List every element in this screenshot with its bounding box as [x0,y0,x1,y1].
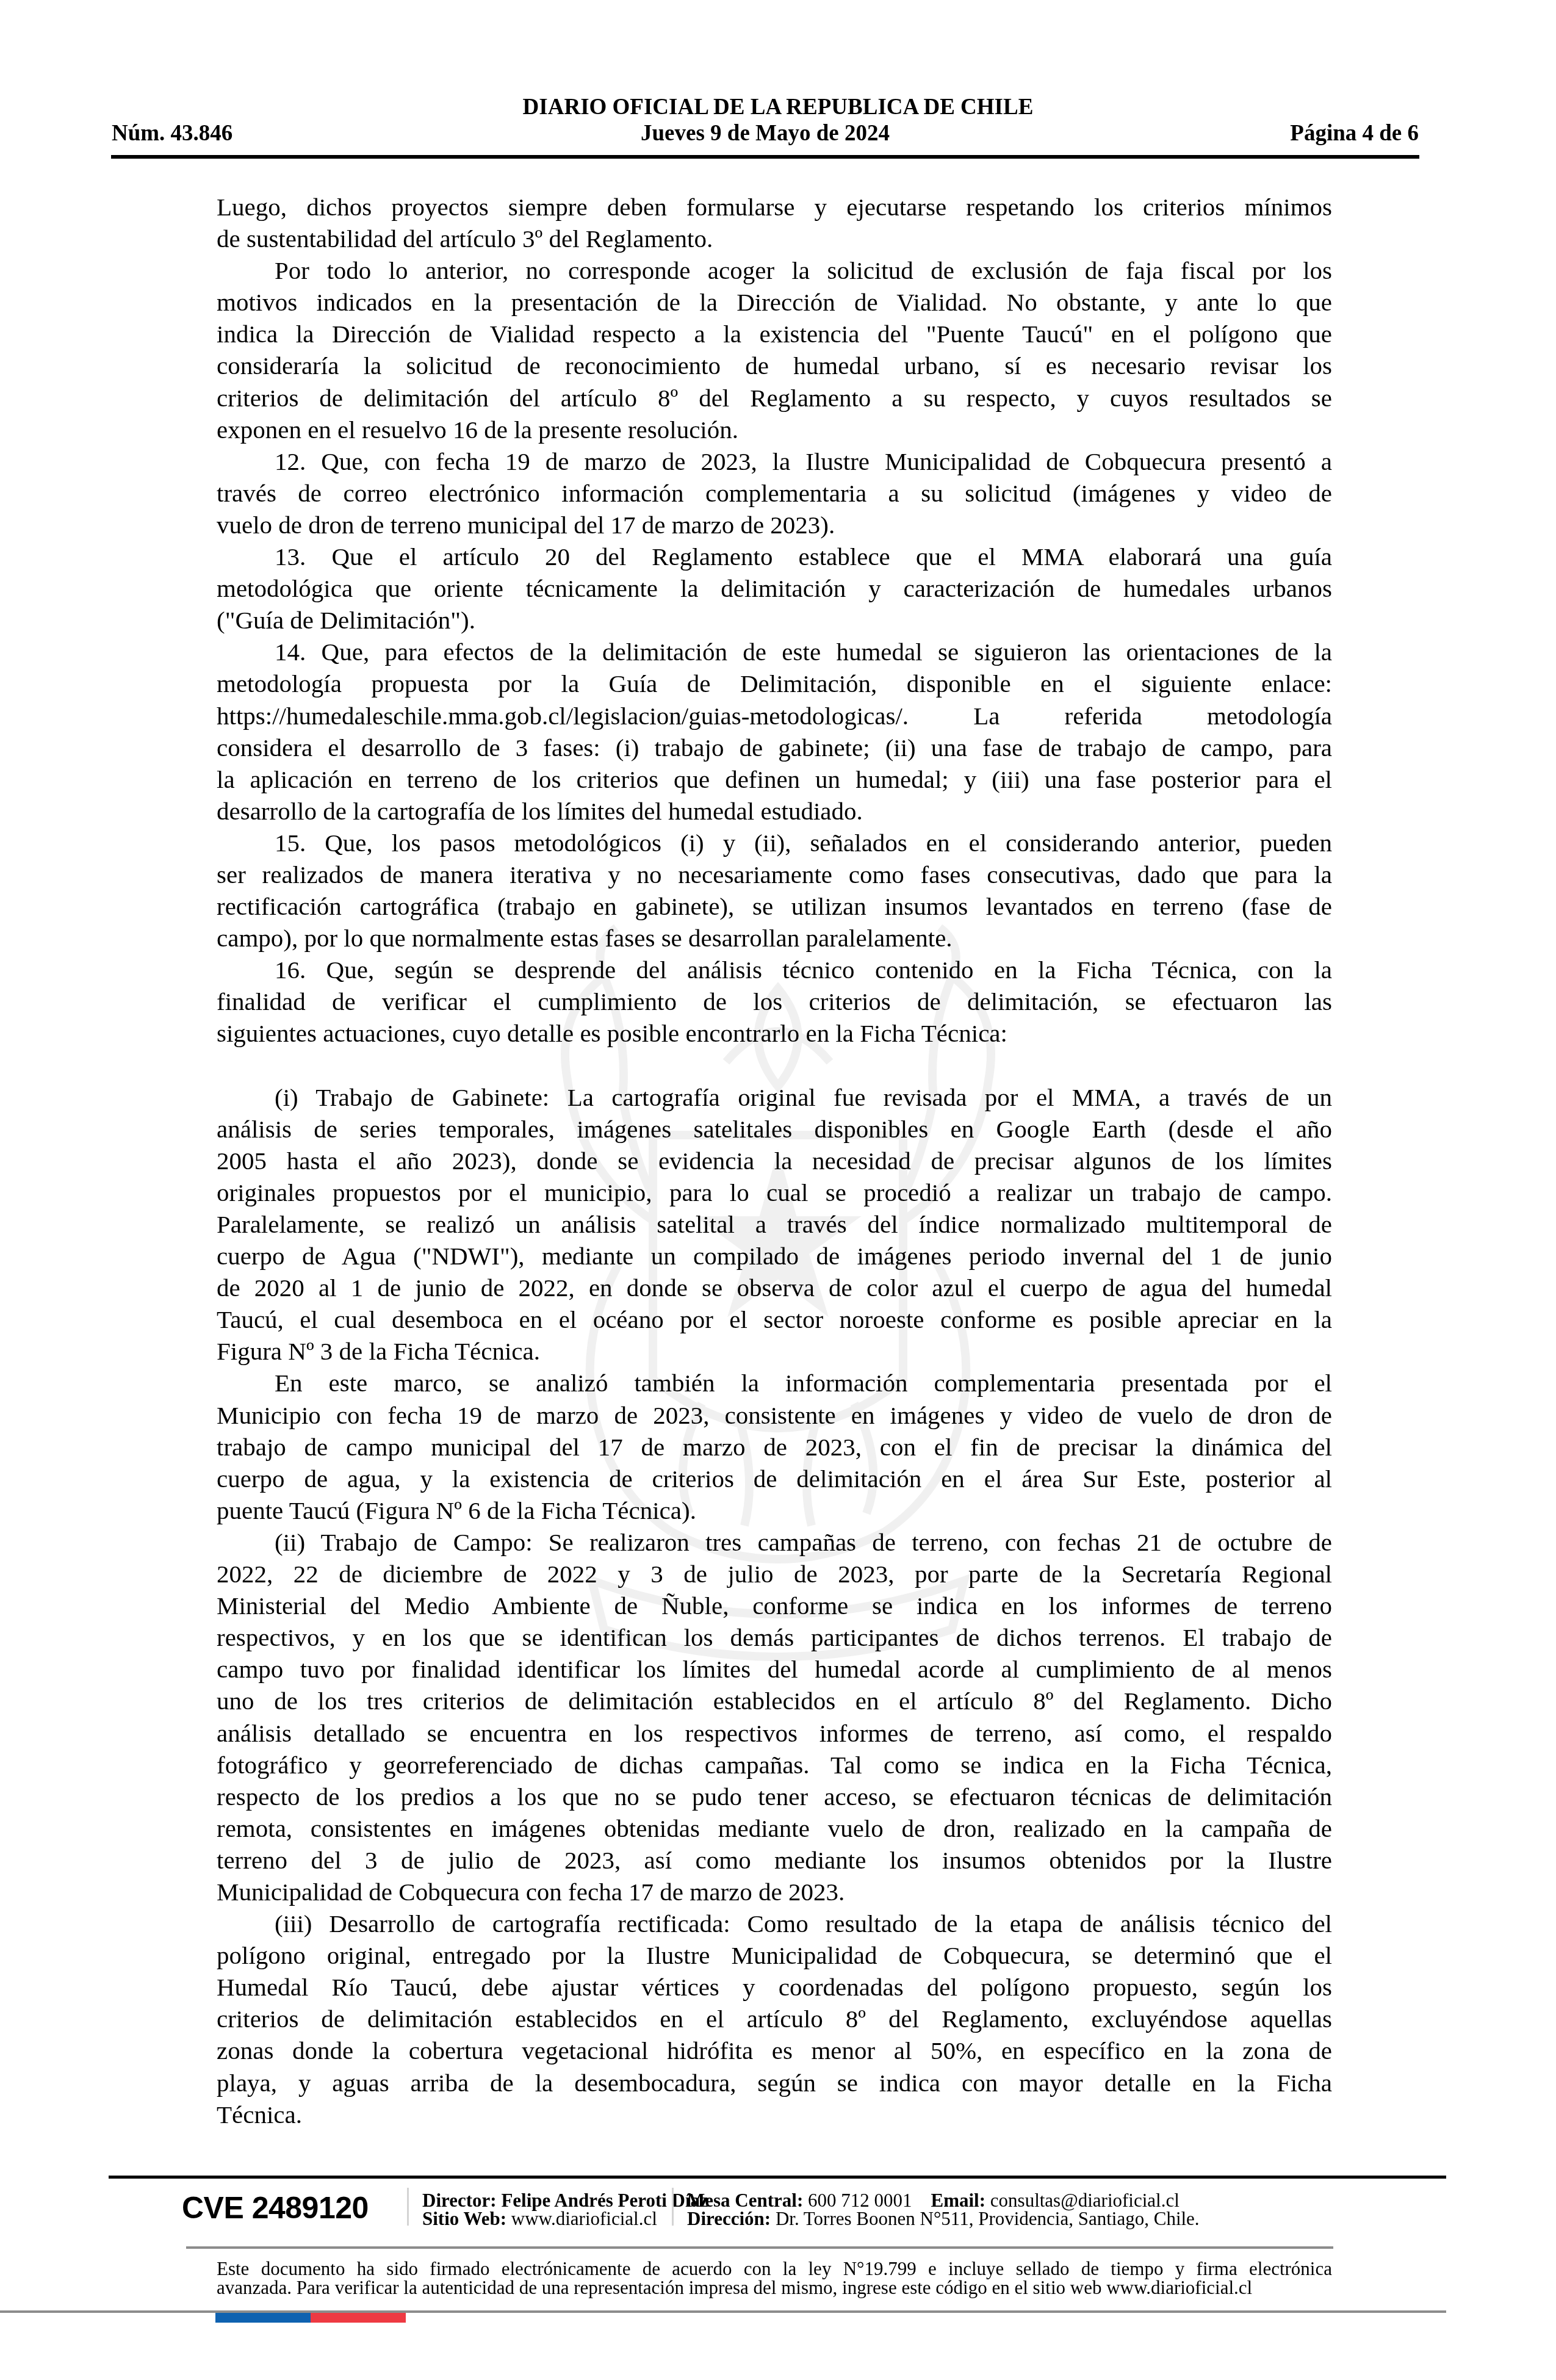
paragraph-trabajo-gabinete: (i) Trabajo de Gabinete: La cartografía … [217,1081,1332,1368]
publication-date: Jueves 9 de Mayo de 2024 [112,120,1419,147]
text-line: cuerpo de agua, y la existencia de crite… [217,1463,1332,1495]
text-line: terreno del 3 de julio de 2023, así como… [217,1844,1332,1876]
footer-contact-block: Mesa Central: 600 712 0001 Email: consul… [687,2191,1200,2228]
text-line: siguientes actuaciones, cuyo detalle es … [217,1017,1332,1049]
footer-director-block: Director: Felipe Andrés Peroti Díaz Siti… [422,2191,708,2228]
text-line: considera el desarrollo de 3 fases: (i) … [217,732,1332,763]
text-line: (ii) Trabajo de Campo: Se realizaron tre… [217,1526,1332,1558]
text-line: Por todo lo anterior, no corresponde aco… [217,254,1332,286]
text-line: Taucú, el cual desemboca en el océano po… [217,1304,1332,1335]
text-line: Figura Nº 3 de la Ficha Técnica. [217,1335,1332,1367]
paragraph-considerando-14: 14. Que, para efectos de la delimitación… [217,636,1332,827]
text-line: Ministerial del Medio Ambiente de Ñuble,… [217,1590,1332,1621]
text-line: metodología propuesta por la Guía de Del… [217,668,1332,699]
paragraph-cartografia-rectificada: (iii) Desarrollo de cartografía rectific… [217,1908,1332,2130]
text-line: indica la Dirección de Vialidad respecto… [217,318,1332,350]
paragraph-sustainability-criteria: Luego, dichos proyectos siempre deben fo… [217,191,1332,254]
cve-code: CVE 2489120 [182,2191,369,2225]
text-line: Paralelamente, se realizó un análisis sa… [217,1208,1332,1240]
text-line: puente Taucú (Figura Nº 6 de la Ficha Té… [217,1495,1332,1526]
text-line: trabajo de campo municipal del 17 de mar… [217,1431,1332,1463]
text-line: metodológica que oriente técnicamente la… [217,572,1332,604]
text-line: (iii) Desarrollo de cartografía rectific… [217,1908,1332,1939]
text-line: vuelo de dron de terreno municipal del 1… [217,509,1332,541]
newspaper-title: DIARIO OFICIAL DE LA REPUBLICA DE CHILE [0,94,1556,121]
legal-line: Este documento ha sido firmado electróni… [217,2259,1332,2278]
text-line: respecto de los predios a los que no se … [217,1781,1332,1812]
text-line: originales propuestos por el municipio, … [217,1177,1332,1208]
text-line: exponen en el resuelvo 16 de la presente… [217,414,1332,445]
header-meta-row: Núm. 43.846 Jueves 9 de Mayo de 2024 Pág… [112,120,1419,147]
text-line: campo), por lo que normalmente estas fas… [217,922,1332,954]
text-line: playa, y aguas arriba de la desembocadur… [217,2067,1332,2099]
text-line: zonas donde la cobertura vegetacional hi… [217,2035,1332,2066]
text-line: campo tuvo por finalidad identificar los… [217,1653,1332,1685]
text-line: la aplicación en terreno de los criterio… [217,763,1332,795]
text-line: finalidad de verificar el cumplimiento d… [217,986,1332,1017]
website-label: Sitio Web: [422,2208,506,2229]
text-line: uno de los tres criterios de delimitació… [217,1685,1332,1717]
text-line: Municipalidad de Cobquecura con fecha 17… [217,1876,1332,1908]
text-line: En este marco, se analizó también la inf… [217,1367,1332,1399]
address-text: Dr. Torres Boonen N°511, Providencia, Sa… [776,2208,1200,2229]
website-link[interactable]: www.diarioficial.cl [511,2208,657,2229]
flag-stripe-red [311,2313,406,2323]
text-line: remota, consistentes en imágenes obtenid… [217,1812,1332,1844]
address-label: Dirección: [687,2208,771,2229]
text-line: (i) Trabajo de Gabinete: La cartografía … [217,1081,1332,1113]
footer-vertical-divider [672,2188,674,2226]
text-line: respectivos, y en los que se identifican… [217,1621,1332,1653]
text-line: criterios de delimitación del artículo 8… [217,382,1332,414]
footer-divider [109,2176,1446,2179]
text-line: desarrollo de la cartografía de los lími… [217,795,1332,827]
text-line: 13. Que el artículo 20 del Reglamento es… [217,541,1332,572]
text-line: 14. Que, para efectos de la delimitación… [217,636,1332,668]
paragraph-considerando-13: 13. Que el artículo 20 del Reglamento es… [217,541,1332,636]
guide-link-line: https://humedaleschile.mma.gob.cl/legisl… [217,700,1332,732]
text-line: consideraría la solicitud de reconocimie… [217,350,1332,381]
paragraph-trabajo-campo: (ii) Trabajo de Campo: Se realizaron tre… [217,1526,1332,1908]
footer-separator [186,2246,1333,2249]
footer-vertical-divider [407,2188,409,2226]
paragraph-considerando-12: 12. Que, con fecha 19 de marzo de 2023, … [217,445,1332,541]
text-line: ("Guía de Delimitación"). [217,604,1332,636]
document-body: Luego, dichos proyectos siempre deben fo… [217,191,1332,2130]
flag-stripe-blue [215,2313,311,2323]
text-line: polígono original, entregado por la Ilus… [217,1939,1332,1971]
text-line: criterios de delimitación establecidos e… [217,2003,1332,2035]
text-line: 15. Que, los pasos metodológicos (i) y (… [217,827,1332,859]
text-line: Luego, dichos proyectos siempre deben fo… [217,191,1332,223]
text-line: Municipio con fecha 19 de marzo de 2023,… [217,1399,1332,1431]
blank-line [217,1050,1332,1081]
text-line: fotográfico y georreferenciado de dichas… [217,1749,1332,1781]
text-line: cuerpo de Agua ("NDWI"), mediante un com… [217,1240,1332,1272]
page-indicator: Página 4 de 6 [1290,120,1419,147]
paragraph-considerando-15: 15. Que, los pasos metodológicos (i) y (… [217,827,1332,954]
text-line: 2005 hasta el año 2023), donde se eviden… [217,1145,1332,1177]
text-line: 2022, 22 de diciembre de 2022 y 3 de jul… [217,1558,1332,1590]
text-line: Humedal Río Taucú, debe ajustar vértices… [217,1971,1332,2003]
text-line: de 2020 al 1 de junio de 2022, en donde … [217,1272,1332,1304]
text-line: análisis de series temporales, imágenes … [217,1113,1332,1145]
paragraph-faja-fiscal: Por todo lo anterior, no corresponde aco… [217,254,1332,445]
text-line: 12. Que, con fecha 19 de marzo de 2023, … [217,445,1332,477]
text-line: rectificación cartográfica (trabajo en g… [217,890,1332,922]
text-line: través de correo electrónico información… [217,477,1332,509]
text-line: Técnica. [217,2099,1332,2130]
header-divider [111,155,1419,159]
legal-notice: Este documento ha sido firmado electróni… [217,2259,1332,2297]
text-line: de sustentabilidad del artículo 3º del R… [217,223,1332,254]
legal-line: avanzada. Para verificar la autenticidad… [217,2278,1332,2297]
text-line: 16. Que, según se desprende del análisis… [217,954,1332,986]
text-line: motivos indicados en la presentación de … [217,286,1332,318]
text-line: análisis detallado se encuentra en los r… [217,1717,1332,1749]
text-line: ser realizados de manera iterativa y no … [217,859,1332,890]
paragraph-considerando-16: 16. Que, según se desprende del análisis… [217,954,1332,1049]
paragraph-en-este-marco: En este marco, se analizó también la inf… [217,1367,1332,1526]
